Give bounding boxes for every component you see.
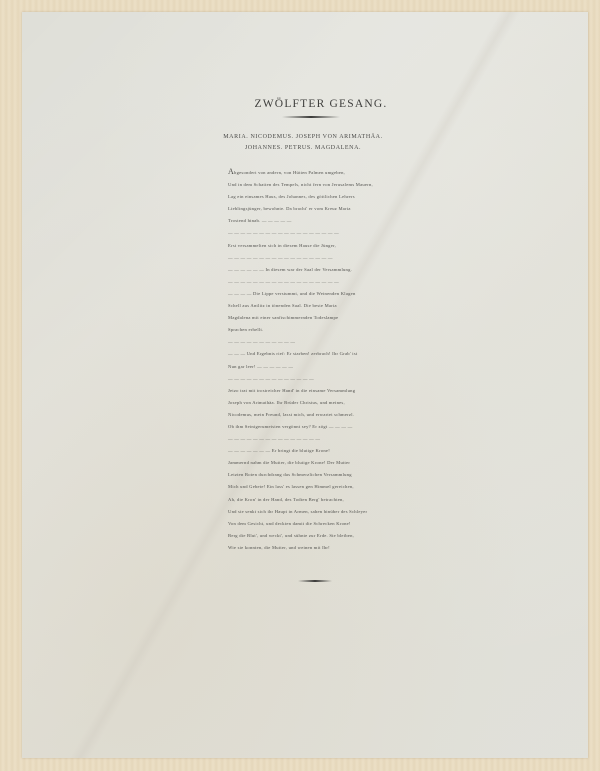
verse-line: Nicodemus, mein Freund, lasst mich, und … (228, 409, 414, 421)
verse-line: Und in dem Schatten des Tempels, nicht f… (228, 179, 414, 191)
verse-line: Nun gar leer! — — — — — — (228, 361, 414, 373)
verse-line: — — — Und Ergebnis rief: Er starben! zer… (228, 348, 414, 360)
verse-line: Ah, die Kron' in der Hand, des Todten Be… (228, 494, 414, 506)
verse-line: — — — — — — — — — — — — — — — — — (228, 252, 414, 264)
verse-line: Schell aus Antlitz in tönenden Saal. Die… (228, 300, 414, 312)
verse-line: — — — — — — — — — — — (228, 336, 414, 348)
poem-page: ZWÖLFTER GESANG. MARIA. NICODEMUS. JOSEP… (228, 98, 414, 582)
verse-line: Ob ihm Seinigerumeisten vergönnt sey? Er… (228, 421, 414, 433)
dramatis-personae: MARIA. NICODEMUS. JOSEPH VON ARIMATHÄA. … (198, 132, 408, 154)
verse-line: Abgesondert von andern, von Hütten Palme… (228, 166, 414, 179)
verse-line: Berg die Blut', und weckt', und sühnte z… (228, 530, 414, 542)
end-ornament-rule (298, 580, 332, 582)
verse-line: Von dem Gesicht, und deckten damit die S… (228, 518, 414, 530)
verse-line: — — — — Die Lippe verstummt, und die Wei… (228, 288, 414, 300)
verse-line: Mich und Gebete! Ein lass' es lassen gen… (228, 481, 414, 493)
verse-line-text: bgesondert von andern, von Hütten Palmen… (234, 170, 345, 175)
persons-line: MARIA. NICODEMUS. JOSEPH VON ARIMATHÄA. (198, 132, 408, 143)
verse-line: Joseph von Arimathäa. Ihr Brüder Christu… (228, 397, 414, 409)
verse-line: Und sie senkt sich ihr Haupt in Armen, s… (228, 506, 414, 518)
verse-line: — — — — — — — — — — — — — — — — — — (228, 227, 414, 239)
verse-line: Magdalena mit einer sanftschimmernden To… (228, 312, 414, 324)
verse-line: Sprachen erhellt. (228, 324, 414, 336)
verse-line: Jetzo trat mit trostreicher Hand' in die… (228, 385, 414, 397)
verse-line: — — — — — — — Er bringt die blutige Kron… (228, 445, 414, 457)
verse-line: Jammernd nahm die Mutter, die blutige Kr… (228, 457, 414, 469)
verse-body: Abgesondert von andern, von Hütten Palme… (228, 166, 414, 554)
verse-line: — — — — — — — — — — — — — — (228, 373, 414, 385)
verse-line: Letzten Boten durchdrang das Schmerzlich… (228, 469, 414, 481)
title-ornament-rule (282, 116, 340, 118)
verse-line: Trostend hinab. — — — — — (228, 215, 414, 227)
verse-line: Lag ein einsames Haus, des Johannes, des… (228, 191, 414, 203)
verse-line: Wie sie konnten, die Mutter, und weinen … (228, 542, 414, 554)
verse-line: Lieblingsjünger, bewohnte. Da bracht' er… (228, 203, 414, 215)
verse-line: — — — — — — In diesem war der Saal der V… (228, 264, 414, 276)
verse-line: Erst versammelten sich in diesem Hause d… (228, 240, 414, 252)
canto-title: ZWÖLFTER GESANG. (198, 98, 444, 110)
verse-line: — — — — — — — — — — — — — — — — — — (228, 276, 414, 288)
verse-line: — — — — — — — — — — — — — — — (228, 433, 414, 445)
persons-line: JOHANNES. PETRUS. MAGDALENA. (198, 143, 408, 154)
